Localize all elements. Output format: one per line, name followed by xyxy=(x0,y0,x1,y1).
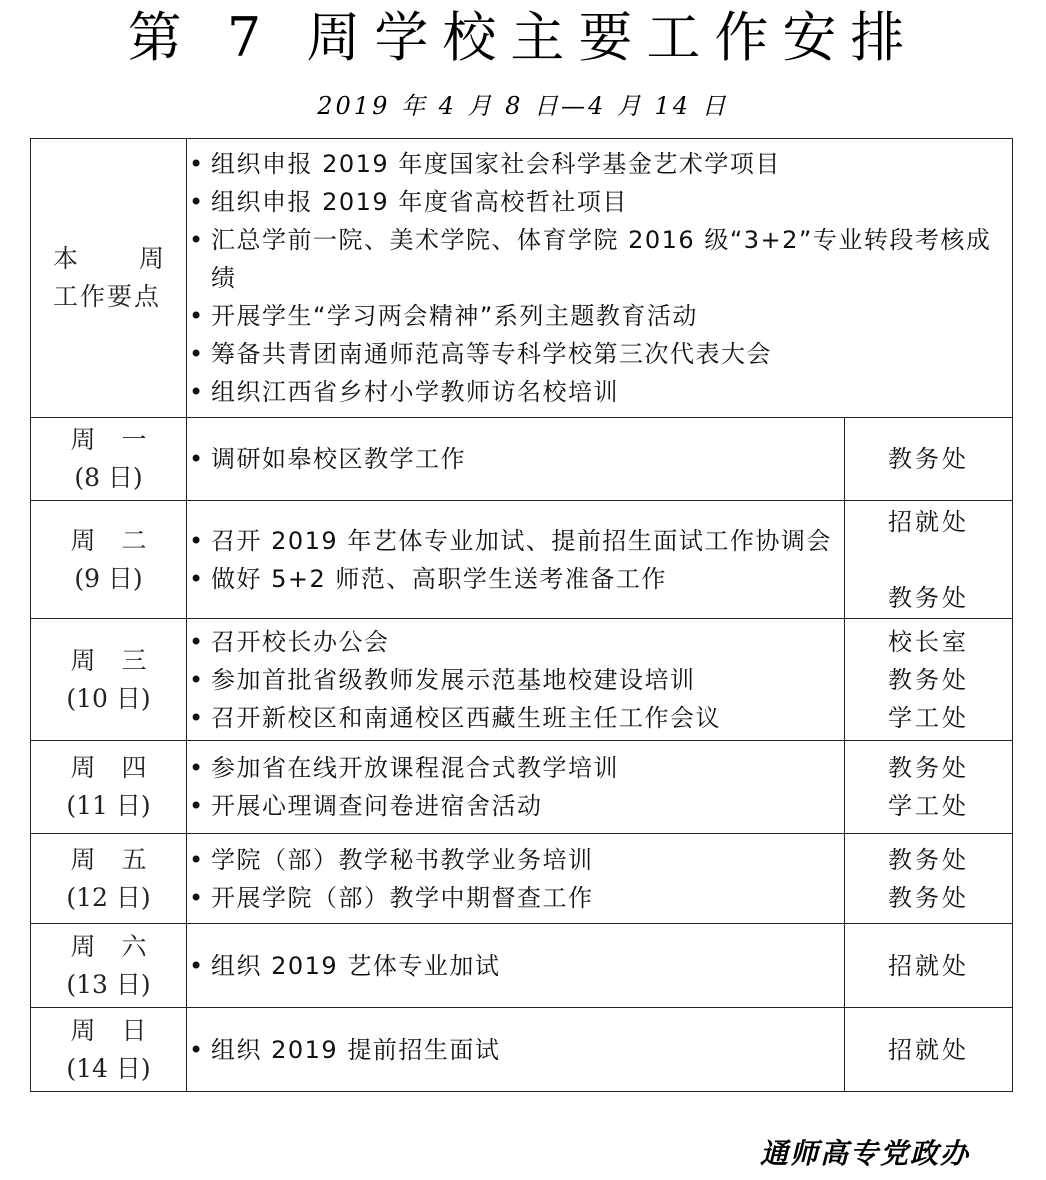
day-name: 周一 xyxy=(31,421,186,459)
day-name: 周六 xyxy=(31,928,186,966)
task-item: 召开 2019 年艺体专业加试、提前招生面试工作协调会 xyxy=(187,522,844,560)
day-depts: 教务处 教务处 xyxy=(845,834,1013,924)
dept-label: 招就处 xyxy=(845,503,1012,541)
day-cell: 周二 (9 日) xyxy=(31,501,187,619)
focus-label-char-1: 本 xyxy=(53,240,78,278)
document-title: 第 7 周学校主要工作安排 xyxy=(0,0,1046,80)
schedule-table: 本 周 工作要点 组织申报 2019 年度国家社会科学基金艺术学项目 组织申报 … xyxy=(30,138,1013,1092)
dept-label: 校长室 xyxy=(845,623,1012,661)
day-tasks: 召开校长办公会 参加首批省级教师发展示范基地校建设培训 召开新校区和南通校区西藏… xyxy=(187,619,845,741)
day-name: 周五 xyxy=(31,841,186,879)
task-item: 召开校长办公会 xyxy=(187,623,844,661)
focus-item: 组织江西省乡村小学教师访名校培训 xyxy=(187,373,1002,411)
task-item: 开展学院（部）教学中期督查工作 xyxy=(187,879,844,917)
dept-label: 招就处 xyxy=(845,1031,1012,1069)
dept-label: 招就处 xyxy=(845,947,1012,985)
day-date: (14 日) xyxy=(31,1050,186,1088)
dept-label: 教务处 xyxy=(845,579,1012,617)
day-date: (11 日) xyxy=(31,787,186,825)
dept-label: 学工处 xyxy=(845,699,1012,737)
focus-label-line2: 工作要点 xyxy=(53,278,186,316)
task-item: 学院（部）教学秘书教学业务培训 xyxy=(187,841,844,879)
day-date: (8 日) xyxy=(31,459,186,497)
day-depts: 教务处 xyxy=(845,418,1013,501)
issuer-signature: 通师高专党政办 xyxy=(760,1132,1000,1176)
task-item: 开展心理调查问卷进宿舍活动 xyxy=(187,787,844,825)
focus-label-char-2: 周 xyxy=(139,240,164,278)
day-cell: 周四 (11 日) xyxy=(31,741,187,834)
day-name: 周二 xyxy=(31,522,186,560)
day-cell: 周五 (12 日) xyxy=(31,834,187,924)
task-item: 参加首批省级教师发展示范基地校建设培训 xyxy=(187,661,844,699)
day-cell: 周日 (14 日) xyxy=(31,1008,187,1092)
focus-item: 筹备共青团南通师范高等专科学校第三次代表大会 xyxy=(187,335,1002,373)
weekly-focus-items: 组织申报 2019 年度国家社会科学基金艺术学项目 组织申报 2019 年度省高… xyxy=(187,139,1013,418)
focus-item: 开展学生“学习两会精神”系列主题教育活动 xyxy=(187,297,1002,335)
task-item: 组织 2019 提前招生面试 xyxy=(187,1031,844,1069)
day-date: (9 日) xyxy=(31,560,186,598)
task-item: 参加省在线开放课程混合式教学培训 xyxy=(187,749,844,787)
weekly-focus-row: 本 周 工作要点 组织申报 2019 年度国家社会科学基金艺术学项目 组织申报 … xyxy=(31,139,1013,418)
dept-label: 教务处 xyxy=(845,841,1012,879)
day-tasks: 召开 2019 年艺体专业加试、提前招生面试工作协调会 做好 5+2 师范、高职… xyxy=(187,501,845,619)
day-row-friday: 周五 (12 日) 学院（部）教学秘书教学业务培训 开展学院（部）教学中期督查工… xyxy=(31,834,1013,924)
day-tasks: 组织 2019 提前招生面试 xyxy=(187,1008,845,1092)
day-name: 周日 xyxy=(31,1012,186,1050)
day-date: (12 日) xyxy=(31,879,186,917)
focus-item: 汇总学前一院、美术学院、体育学院 2016 级“3+2”专业转段考核成绩 xyxy=(187,221,1002,297)
day-tasks: 参加省在线开放课程混合式教学培训 开展心理调查问卷进宿舍活动 xyxy=(187,741,845,834)
dept-label: 学工处 xyxy=(845,787,1012,825)
day-row-thursday: 周四 (11 日) 参加省在线开放课程混合式教学培训 开展心理调查问卷进宿舍活动… xyxy=(31,741,1013,834)
day-tasks: 学院（部）教学秘书教学业务培训 开展学院（部）教学中期督查工作 xyxy=(187,834,845,924)
day-cell: 周六 (13 日) xyxy=(31,924,187,1008)
day-depts: 招就处 xyxy=(845,924,1013,1008)
task-item: 做好 5+2 师范、高职学生送考准备工作 xyxy=(187,560,844,598)
day-cell: 周一 (8 日) xyxy=(31,418,187,501)
day-row-sunday: 周日 (14 日) 组织 2019 提前招生面试 招就处 xyxy=(31,1008,1013,1092)
focus-item: 组织申报 2019 年度国家社会科学基金艺术学项目 xyxy=(187,145,1002,183)
day-row-wednesday: 周三 (10 日) 召开校长办公会 参加首批省级教师发展示范基地校建设培训 召开… xyxy=(31,619,1013,741)
day-row-tuesday: 周二 (9 日) 召开 2019 年艺体专业加试、提前招生面试工作协调会 做好 … xyxy=(31,501,1013,619)
dept-label: 教务处 xyxy=(845,879,1012,917)
date-range: 2019 年 4 月 8 日—4 月 14 日 xyxy=(0,86,1046,126)
day-depts: 招就处 xyxy=(845,1008,1013,1092)
dept-label: 教务处 xyxy=(845,661,1012,699)
day-name: 周四 xyxy=(31,749,186,787)
focus-item: 组织申报 2019 年度省高校哲社项目 xyxy=(187,183,1002,221)
day-row-monday: 周一 (8 日) 调研如皋校区教学工作 教务处 xyxy=(31,418,1013,501)
day-date: (10 日) xyxy=(31,680,186,718)
dept-label: 教务处 xyxy=(845,749,1012,787)
weekly-focus-label: 本 周 工作要点 xyxy=(31,139,187,418)
day-depts: 校长室 教务处 学工处 xyxy=(845,619,1013,741)
task-item: 组织 2019 艺体专业加试 xyxy=(187,947,844,985)
day-cell: 周三 (10 日) xyxy=(31,619,187,741)
day-name: 周三 xyxy=(31,642,186,680)
day-date: (13 日) xyxy=(31,966,186,1004)
task-item: 调研如皋校区教学工作 xyxy=(187,440,844,478)
day-tasks: 调研如皋校区教学工作 xyxy=(187,418,845,501)
day-depts: 招就处 教务处 xyxy=(845,501,1013,619)
day-tasks: 组织 2019 艺体专业加试 xyxy=(187,924,845,1008)
day-depts: 教务处 学工处 xyxy=(845,741,1013,834)
task-item: 召开新校区和南通校区西藏生班主任工作会议 xyxy=(187,699,844,737)
dept-label: 教务处 xyxy=(845,440,1012,478)
day-row-saturday: 周六 (13 日) 组织 2019 艺体专业加试 招就处 xyxy=(31,924,1013,1008)
